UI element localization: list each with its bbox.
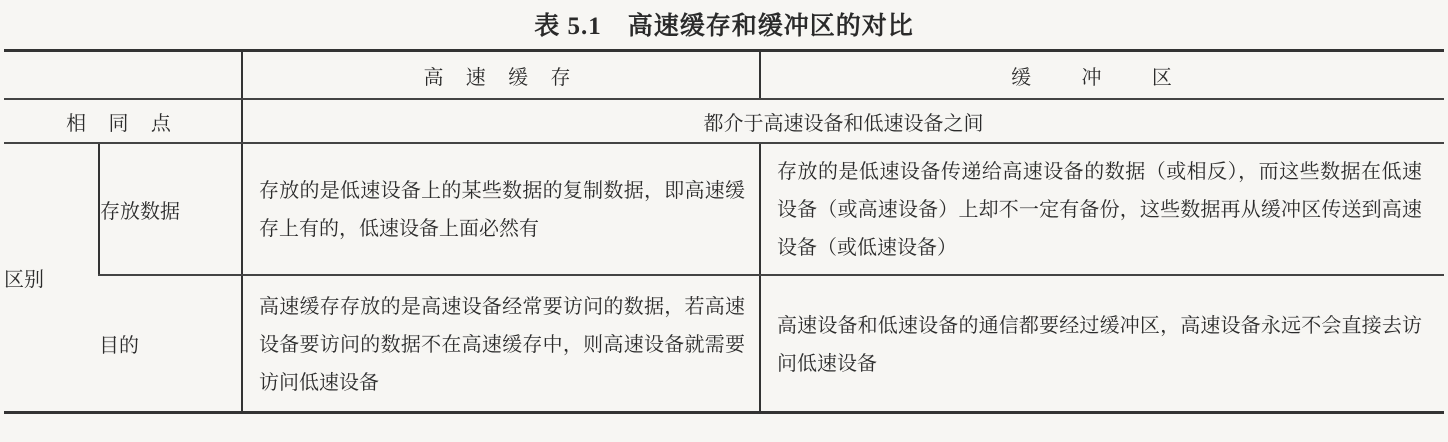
cache-cell: 存放的是低速设备上的某些数据的复制数据，即高速缓存上有的，低速设备上面必然有 xyxy=(242,143,760,275)
buffer-storage-text: 存放的是低速设备传递给高速设备的数据（或相反），而这些数据在低速设备（或高速设备… xyxy=(761,152,1444,266)
difference-label: 区别 xyxy=(4,143,99,413)
header-corner-cell xyxy=(4,51,242,100)
aspect-label: 存放数据 xyxy=(99,143,242,275)
cache-storage-text: 存放的是低速设备上的某些数据的复制数据，即高速缓存上有的，低速设备上面必然有 xyxy=(243,171,759,247)
header-buffer: 缓 冲 区 xyxy=(760,51,1444,100)
table-row: 区别 存放数据 存放的是低速设备上的某些数据的复制数据，即高速缓存上有的，低速设… xyxy=(4,143,1444,275)
aspect-label: 目的 xyxy=(99,275,242,413)
header-row: 高 速 缓 存 缓 冲 区 xyxy=(4,51,1444,100)
buffer-cell: 存放的是低速设备传递给高速设备的数据（或相反），而这些数据在低速设备（或高速设备… xyxy=(760,143,1444,275)
similarity-row: 相 同 点 都介于高速设备和低速设备之间 xyxy=(4,99,1444,143)
table-row: 目的 高速缓存存放的是高速设备经常要访问的数据，若高速设备要访问的数据不在高速缓… xyxy=(4,275,1444,413)
buffer-purpose-text: 高速设备和低速设备的通信都要经过缓冲区，高速设备永远不会直接去访问低速设备 xyxy=(761,306,1444,382)
table-title: 高速缓存和缓冲区的对比 xyxy=(628,11,914,40)
buffer-cell: 高速设备和低速设备的通信都要经过缓冲区，高速设备永远不会直接去访问低速设备 xyxy=(760,275,1444,413)
similarity-value: 都介于高速设备和低速设备之间 xyxy=(242,99,1444,143)
similarity-label: 相 同 点 xyxy=(4,99,242,143)
table-caption: 表 5.1高速缓存和缓冲区的对比 xyxy=(0,6,1448,42)
cache-cell: 高速缓存存放的是高速设备经常要访问的数据，若高速设备要访问的数据不在高速缓存中，… xyxy=(242,275,760,413)
cache-purpose-text: 高速缓存存放的是高速设备经常要访问的数据，若高速设备要访问的数据不在高速缓存中，… xyxy=(243,287,759,401)
table-number: 表 5.1 xyxy=(534,13,602,40)
header-cache: 高 速 缓 存 xyxy=(242,51,760,100)
comparison-table: 高 速 缓 存 缓 冲 区 相 同 点 都介于高速设备和低速设备之间 区别 存放… xyxy=(4,49,1444,414)
